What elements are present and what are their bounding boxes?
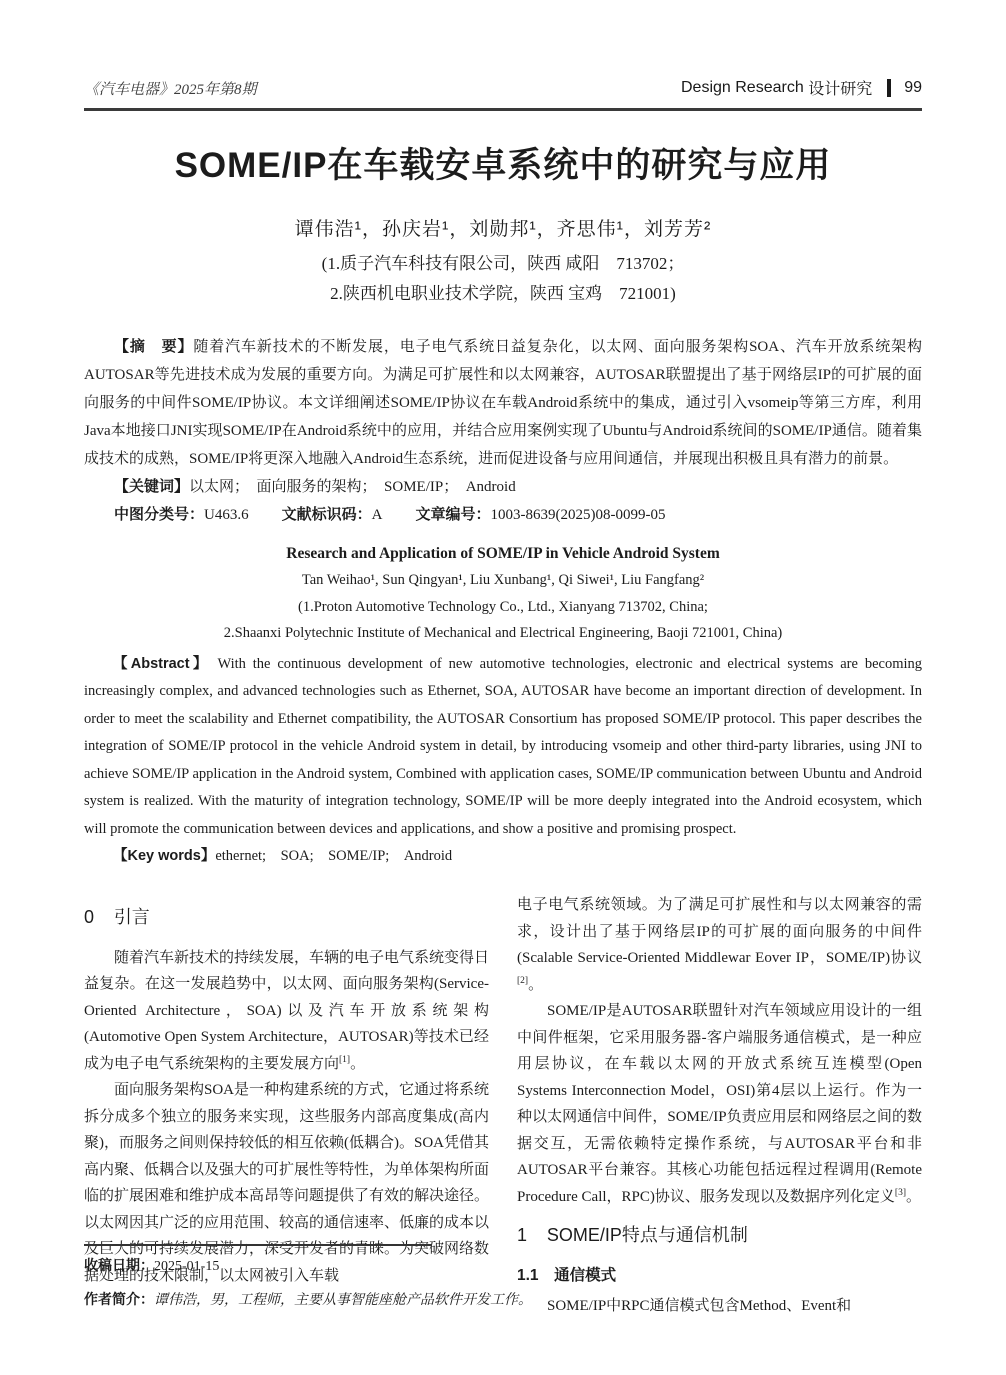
authors-en: Tan Weihao¹, Sun Qingyan¹, Liu Xunbang¹,… xyxy=(84,567,922,594)
paragraph-text: 。 xyxy=(528,977,543,993)
footnote-block: 收稿日期：2025-01-15 作者简介：谭伟浩，男，工程师，主要从事智能座舱产… xyxy=(84,1244,922,1314)
paragraph-someip: SOME/IP是AUTOSAR联盟针对汽车领域应用设计的一组中间件框架，它采用服… xyxy=(517,998,922,1210)
affiliation-cn-1: (1.质子汽车科技有限公司，陕西 咸阳 713702； xyxy=(84,249,922,279)
keywords-en: 【Key words】ethernet; SOA; SOME/IP; Andro… xyxy=(84,843,922,870)
paragraph-text: 电子电气系统领域。为了满足可扩展性和与以太网兼容的需求，设计出了基于网络层IP的… xyxy=(517,897,922,966)
section-name-en: Design Research xyxy=(681,79,804,97)
author-bio-line: 作者简介：谭伟浩，男，工程师，主要从事智能座舱产品软件开发工作。 xyxy=(84,1286,922,1314)
article-id-label: 文章编号： xyxy=(415,506,490,523)
section-1-title: SOME/IP特点与通信机制 xyxy=(547,1225,748,1245)
section-header: Design Research 设计研究 99 xyxy=(681,76,922,99)
affiliation-en-1: (1.Proton Automotive Technology Co., Ltd… xyxy=(84,594,922,621)
journal-issue: 《汽车电器》2025年第8期 xyxy=(84,78,257,99)
doc-code-label: 文献标识码： xyxy=(282,506,372,523)
article-id-value: 1003-8639(2025)08-0099-05 xyxy=(490,507,665,523)
authors-cn: 谭伟浩¹，孙庆岩¹，刘勋邦¹，齐思伟¹，刘芳芳² xyxy=(84,214,922,241)
abstract-en-label: 【Abstract】 xyxy=(113,656,211,672)
affiliation-en-2: 2.Shaanxi Polytechnic Institute of Mecha… xyxy=(84,620,922,647)
header-rule xyxy=(84,108,922,111)
paragraph-intro-1: 随着汽车新技术的持续发展，车辆的电子电气系统变得日益复杂。在这一发展趋势中，以太… xyxy=(84,945,489,1078)
keywords-en-text: ethernet; SOA; SOME/IP; Android xyxy=(215,848,452,864)
page-number: 99 xyxy=(904,79,922,97)
paragraph-text: 。 xyxy=(906,1189,921,1205)
keywords-cn-text: 以太网； 面向服务的架构； SOME/IP； Android xyxy=(189,479,516,495)
article-meta: 中图分类号：U463.6文献标识码：A文章编号：1003-8639(2025)0… xyxy=(84,501,922,529)
affiliations-cn: (1.质子汽车科技有限公司，陕西 咸阳 713702； 2.陕西机电职业技术学院… xyxy=(84,249,922,309)
clc-value: U463.6 xyxy=(204,507,249,523)
section-name-cn: 设计研究 xyxy=(808,76,872,99)
citation-ref-1: [1] xyxy=(339,1055,350,1065)
abstract-cn-label: 【摘 要】 xyxy=(114,338,193,355)
paragraph-text: 随着汽车新技术的持续发展，车辆的电子电气系统变得日益复杂。在这一发展趋势中，以太… xyxy=(84,950,489,1072)
section-0-number: 0 xyxy=(84,907,94,927)
abstract-cn: 【摘 要】随着汽车新技术的不断发展，电子电气系统日益复杂化，以太网、面向服务架构… xyxy=(84,333,922,473)
author-bio-value: 谭伟浩，男，工程师，主要从事智能座舱产品软件开发工作。 xyxy=(154,1293,532,1308)
abstract-en: 【Abstract】 With the continuous developme… xyxy=(84,651,922,844)
citation-ref-3: [3] xyxy=(895,1188,906,1198)
author-bio-label: 作者简介： xyxy=(84,1291,154,1307)
received-date-label: 收稿日期： xyxy=(84,1257,154,1273)
keywords-en-label: 【Key words】 xyxy=(113,848,215,864)
paragraph-text: 。 xyxy=(350,1056,365,1072)
article-title-en: Research and Application of SOME/IP in V… xyxy=(84,541,922,567)
section-1-number: 1 xyxy=(517,1225,527,1245)
received-date-value: 2025-01-15 xyxy=(154,1259,219,1274)
footnote-rule xyxy=(84,1244,432,1246)
paragraph-intro-2-cont: 电子电气系统领域。为了满足可扩展性和与以太网兼容的需求，设计出了基于网络层IP的… xyxy=(517,892,922,998)
clc-label: 中图分类号： xyxy=(114,506,204,523)
abstract-cn-text: 随着汽车新技术的不断发展，电子电气系统日益复杂化，以太网、面向服务架构SOA、汽… xyxy=(84,339,922,467)
affiliation-cn-2: 2.陕西机电职业技术学院，陕西 宝鸡 721001) xyxy=(84,279,922,309)
article-title-cn: SOME/IP在车载安卓系统中的研究与应用 xyxy=(84,138,922,188)
divider-bar xyxy=(887,79,891,97)
abstract-en-text: With the continuous development of new a… xyxy=(84,656,922,837)
doc-code-value: A xyxy=(372,507,383,523)
section-0-heading: 0引言 xyxy=(84,904,489,931)
paragraph-text: SOME/IP是AUTOSAR联盟针对汽车领域应用设计的一组中间件框架，它采用服… xyxy=(517,1003,922,1205)
received-date-line: 收稿日期：2025-01-15 xyxy=(84,1252,922,1280)
section-0-title: 引言 xyxy=(114,907,150,927)
keywords-cn-label: 【关键词】 xyxy=(114,478,189,495)
page-header: 《汽车电器》2025年第8期 Design Research 设计研究 99 xyxy=(84,0,922,99)
journal-page: 《汽车电器》2025年第8期 Design Research 设计研究 99 S… xyxy=(0,0,1006,1375)
keywords-cn: 【关键词】以太网； 面向服务的架构； SOME/IP； Android xyxy=(84,473,922,501)
citation-ref-2: [2] xyxy=(517,976,528,986)
